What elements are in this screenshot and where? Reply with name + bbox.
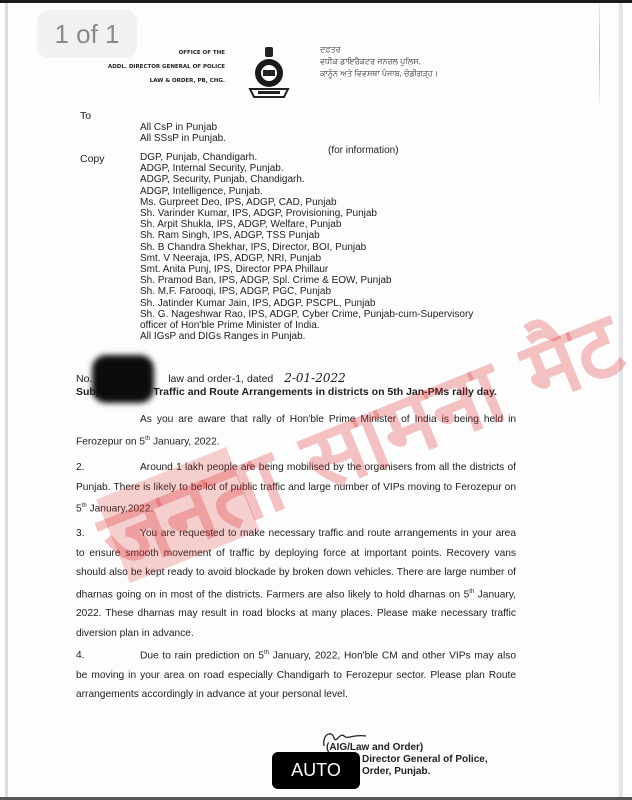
recipient: officer of Hon'ble Prime Minister of Ind… xyxy=(140,320,473,331)
recipient: All SSsP in Punjab. xyxy=(140,133,226,144)
to-recipients: All CsP in Punjab All SSsP in Punjab. xyxy=(140,122,226,144)
handwritten-date: 2-01-2022 xyxy=(284,371,346,385)
recipient: Sh. B Chandra Shekhar, IPS, Director, BO… xyxy=(140,242,473,253)
recipient: ADGP, Security, Punjab, Chandigarh. xyxy=(140,174,473,185)
recipient: Sh. Pramod Ban, IPS, ADGP, Spl. Crime & … xyxy=(140,275,473,286)
page-counter: 1 of 1 xyxy=(37,10,137,58)
recipient: Sh. Varinder Kumar, IPS, ADGP, Provision… xyxy=(140,208,473,219)
recipient: Smt. Anita Punj, IPS, Director PPA Phill… xyxy=(140,264,473,275)
letter-body: To All CsP in Punjab All SSsP in Punjab.… xyxy=(0,0,632,800)
auto-button[interactable]: AUTO xyxy=(272,752,360,789)
paragraph-number: 2. xyxy=(76,458,140,478)
paragraph-4: 4.Due to rain prediction on 5th January,… xyxy=(76,644,516,705)
recipient: Sh. Jatinder Kumar Jain, IPS, ADGP, PSCP… xyxy=(140,298,473,309)
paragraph-number: 4. xyxy=(76,646,140,666)
recipient: Ms. Gurpreet Deo, IPS, ADGP, CAD, Punjab xyxy=(140,197,473,208)
recipient: ADGP, Internal Security, Punjab. xyxy=(140,163,473,174)
copy-label: Copy xyxy=(80,153,105,165)
recipient: Sh. Ram Singh, IPS, ADGP, TSS Punjab xyxy=(140,230,473,241)
recipient: Smt. V Neeraja, IPS, ADGP, NRI, Punjab xyxy=(140,253,473,264)
redaction-blur xyxy=(92,355,154,403)
no-text: law and order-1, dated xyxy=(168,373,273,385)
paragraph-1: As you are aware that rally of Hon'ble P… xyxy=(76,410,516,451)
recipient: Sh. G. Nageshwar Rao, IPS, ADGP, Cyber C… xyxy=(140,309,473,320)
no-label: No. xyxy=(76,373,92,385)
to-label: To xyxy=(80,110,91,122)
recipient: DGP, Punjab, Chandigarh. xyxy=(140,152,473,163)
recipient: All IGsP and DIGs Ranges in Punjab. xyxy=(140,331,473,342)
subject-text: Traffic and Route Arrangements in distri… xyxy=(153,386,497,398)
recipient: Sh. M.F. Farooqi, IPS, ADGP, PGC, Punjab xyxy=(140,286,473,297)
copy-recipients: DGP, Punjab, Chandigarh. ADGP, Internal … xyxy=(140,152,473,342)
recipient: Sh. Arpit Shukla, IPS, ADGP, Welfare, Pu… xyxy=(140,219,473,230)
recipient: All CsP in Punjab xyxy=(140,122,226,133)
recipient: ADGP, Intelligence, Punjab. xyxy=(140,186,473,197)
